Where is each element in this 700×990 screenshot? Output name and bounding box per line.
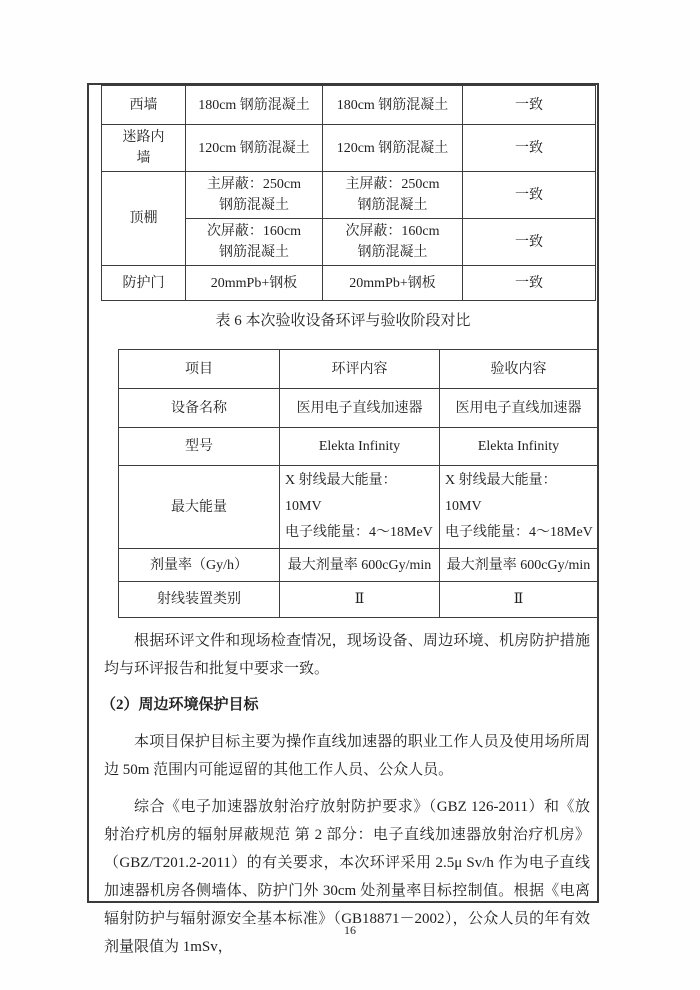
cell-acceptance: 20mmPb+钢板	[323, 266, 463, 301]
cell-result: 一致	[463, 172, 596, 219]
table-row: 顶棚 主屏蔽：250cm 钢筋混凝土 主屏蔽：250cm 钢筋混凝土 一致	[102, 172, 596, 219]
table-row: 型号 Elekta Infinity Elekta Infinity	[119, 428, 598, 466]
cell-eia: Elekta Infinity	[280, 428, 440, 466]
equipment-comparison-table: 项目 环评内容 验收内容 设备名称 医用电子直线加速器 医用电子直线加速器 型号…	[118, 349, 598, 618]
cell-eia: 最大剂量率 600cGy/min	[280, 549, 440, 582]
cell-eia: 20mmPb+钢板	[186, 266, 323, 301]
cell-acceptance: 医用电子直线加速器	[440, 389, 598, 428]
cell-acceptance: Elekta Infinity	[440, 428, 598, 466]
cell-acceptance: 主屏蔽：250cm 钢筋混凝土	[323, 172, 463, 219]
cell-item: 射线装置类别	[119, 582, 280, 618]
page-number: 16	[0, 923, 700, 938]
cell-result: 一致	[463, 266, 596, 301]
cell-acceptance: Ⅱ	[440, 582, 598, 618]
cell-acceptance: 120cm 钢筋混凝土	[323, 125, 463, 172]
table-row: 射线装置类别 Ⅱ Ⅱ	[119, 582, 598, 618]
content-frame: 西墙 180cm 钢筋混凝土 180cm 钢筋混凝土 一致 迷路内 墙 120c…	[87, 83, 599, 903]
section-heading-protection-targets: （2）周边环境保护目标	[101, 691, 590, 719]
cell-eia: 180cm 钢筋混凝土	[186, 86, 323, 125]
cell-eia: 主屏蔽：250cm 钢筋混凝土	[186, 172, 323, 219]
header-item: 项目	[119, 350, 280, 389]
header-acceptance: 验收内容	[440, 350, 598, 389]
paragraph-protection-targets: 本项目保护目标主要为操作直线加速器的职业工作人员及使用场所周边 50m 范围内可…	[104, 728, 590, 784]
cell-result: 一致	[463, 125, 596, 172]
cell-eia: 次屏蔽：160cm 钢筋混凝土	[186, 219, 323, 266]
shielding-comparison-table: 西墙 180cm 钢筋混凝土 180cm 钢筋混凝土 一致 迷路内 墙 120c…	[101, 85, 596, 301]
table-row: 剂量率（Gy/h） 最大剂量率 600cGy/min 最大剂量率 600cGy/…	[119, 549, 598, 582]
table-row: 最大能量 X 射线最大能量： 10MV 电子线能量：4～18MeV X 射线最大…	[119, 466, 598, 549]
cell-eia: 120cm 钢筋混凝土	[186, 125, 323, 172]
cell-eia: 医用电子直线加速器	[280, 389, 440, 428]
cell-item: 顶棚	[102, 172, 186, 266]
cell-result: 一致	[463, 219, 596, 266]
cell-acceptance: X 射线最大能量： 10MV 电子线能量：4～18MeV	[440, 466, 598, 549]
cell-acceptance: 最大剂量率 600cGy/min	[440, 549, 598, 582]
header-eia: 环评内容	[280, 350, 440, 389]
table-row: 迷路内 墙 120cm 钢筋混凝土 120cm 钢筋混凝土 一致	[102, 125, 596, 172]
table-row: 防护门 20mmPb+钢板 20mmPb+钢板 一致	[102, 266, 596, 301]
cell-item: 防护门	[102, 266, 186, 301]
cell-item: 西墙	[102, 86, 186, 125]
cell-eia: X 射线最大能量： 10MV 电子线能量：4～18MeV	[280, 466, 440, 549]
cell-item: 最大能量	[119, 466, 280, 549]
cell-item: 剂量率（Gy/h）	[119, 549, 280, 582]
table-row: 设备名称 医用电子直线加速器 医用电子直线加速器	[119, 389, 598, 428]
cell-item: 型号	[119, 428, 280, 466]
document-page: 西墙 180cm 钢筋混凝土 180cm 钢筋混凝土 一致 迷路内 墙 120c…	[0, 0, 700, 990]
table-row: 西墙 180cm 钢筋混凝土 180cm 钢筋混凝土 一致	[102, 86, 596, 125]
cell-result: 一致	[463, 86, 596, 125]
cell-acceptance: 180cm 钢筋混凝土	[323, 86, 463, 125]
paragraph-conclusion: 根据环评文件和现场检查情况，现场设备、周边环境、机房防护措施均与环评报告和批复中…	[104, 627, 590, 683]
cell-item: 迷路内 墙	[102, 125, 186, 172]
cell-acceptance: 次屏蔽：160cm 钢筋混凝土	[323, 219, 463, 266]
table6-caption: 表 6 本次验收设备环评与验收阶段对比	[89, 310, 597, 332]
table-header-row: 项目 环评内容 验收内容	[119, 350, 598, 389]
cell-item: 设备名称	[119, 389, 280, 428]
cell-eia: Ⅱ	[280, 582, 440, 618]
